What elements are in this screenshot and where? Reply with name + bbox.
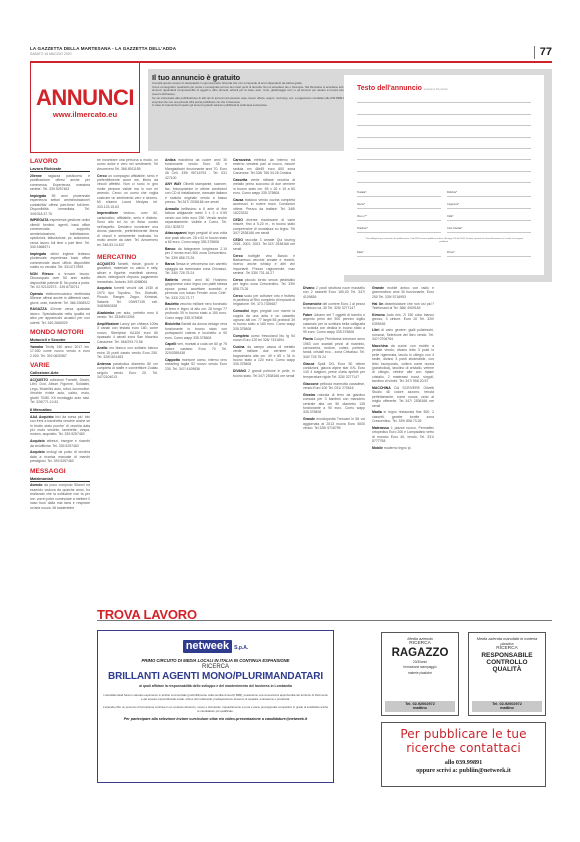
classified-column-5: Divano 2 posti struttura noce massello c… [303,286,365,433]
classified-ad: Giaccone pelliccia marmotta canadese, ve… [303,382,365,391]
ad-text-line[interactable] [357,160,531,171]
responsabile-intro: Media azienda manufatti in materia plast… [469,636,545,646]
ad-text-line[interactable] [357,115,531,126]
ragazzo-job-ad: Media azienda RICERCA RAGAZZO 20/30anni … [381,632,459,716]
classified-ad: Imprenditore vedovo, over 60, carismatic… [97,211,158,247]
classified-ad: Cassetta verde militare vecchia di metal… [233,178,295,196]
classified-ad: Alzabimbo per auto, perfetto euro 6 vend… [97,311,158,320]
classified-ad: DIVANO 2 grandi poltrone in pelle, in bu… [233,369,295,378]
responsabile-headline: RESPONSABILE [469,652,545,659]
classified-ad: Comodini legni pregiati con marmi la cop… [233,309,295,331]
classified-ad: Completo uomo frescoland blu tg 54 nuovo… [233,334,295,343]
publish-phone[interactable]: allo 039.99891 [382,759,545,767]
ad-text-line[interactable] [357,172,531,183]
responsabile-contact[interactable]: Tel. 02-92002972 mattino [472,701,542,712]
classified-ad: MACCHINA DA SCRIVERE Olivetti Studio 46 … [372,386,434,408]
form-title: Testo dell'annuncio(massimo 20 parole) [357,85,531,92]
netweek-spa: S.p.A. [234,645,248,651]
ragazzo-headline: RAGAZZO [382,647,458,660]
field-rubrica[interactable]: Rubrica* [447,191,531,197]
publish-email[interactable]: oppure scrivi a: publiin@netweek.it [382,767,545,775]
netweek-circuit: PRIMO CIRCUITO DI MEDIA LOCALI IN ITALIA… [102,658,329,663]
classified-ad: Acquisto fumetti vecchi dal 1930 al 1970… [97,286,158,308]
classified-ad: Macchina da cucire con mobile a pedale v… [372,344,434,384]
classified-ad: Divano 2 posti struttura noce massello c… [303,286,365,299]
publish-contact: allo 039.99891 oppure scrivi a: publiin@… [382,759,545,775]
publication-title: LA GAZZETTA DELLA MARTESANA - LA GAZZETT… [30,46,552,51]
classified-ad: Yamaha Tricity 150 anno 2017 km. 17.000 … [30,345,90,358]
section-heading-mercatino: MERCATINO [97,254,158,262]
classified-ad: Antica macchina da cucire anni 30 funzio… [165,158,227,180]
classified-ad: Grande mobile antico con radio e grammof… [372,286,434,299]
annunci-title: ANNUNCI [31,87,139,109]
subsection-collezione-arte: Collezione-Arte [30,370,90,376]
annunci-url[interactable]: www.ilmercato.eu [31,110,139,119]
classified-ad: Domeniche del corriere Euro 1 al pezzo i… [303,302,365,311]
section-heading-varie: VARIE [30,362,90,370]
classified-ad: Materasso 1 piazza nuovo, Permaflex orto… [372,426,434,444]
ad-text-line[interactable] [357,149,531,160]
responsabile-headline: QUALITÀ [469,666,545,673]
classified-ad: Madia in legno restaurata fine 500, 2 ca… [372,410,434,423]
field-testata[interactable]: Testata* [357,191,441,197]
field-telefono[interactable]: Telefono* [357,227,441,233]
netweek-headline: BRILLANTI AGENTI MONO/PLURIMANDATARI [102,671,329,682]
classified-ad: Barca Sessa in vetroresina con carrello … [165,262,227,275]
classified-ad: Flavia Coope Pininfarina iniezione anno … [303,337,365,359]
field-cognome[interactable]: Cognome* [447,203,531,209]
field-firma[interactable]: Firma* [447,251,531,257]
classified-ad: Capelli veri, montati a coda cm 60 gr 75… [165,342,227,355]
ragazzo-detail: materie plastiche [382,671,458,677]
classified-ad: Anello oro bianco con solitario bianco e… [97,346,158,359]
privacy-note: * Dati obbligatori per consentire alla p… [361,238,527,243]
classified-column-1: LAVORO Lavoro Richieste 20enne ragazza p… [30,158,90,512]
publish-headline: Per pubblicare le tue ricerche contattac… [382,727,545,755]
classified-ad: Hai Un deambulatore che non usi piu'? Te… [372,302,434,311]
classified-ad: Causa trasloco vendo cucina completa acc… [233,198,295,216]
page-number: 77 [534,46,552,59]
classified-ad: Kimono Judo mis. 2/ 150 color bianco gre… [372,313,434,326]
classified-ad: Libri di vario genere: gialli poliziesch… [372,328,434,341]
classified-ad: Batteria vendo anni 60 Hoshimo giappones… [165,278,227,300]
classified-ad: CEDO diverse mantovane di varie misure, … [233,218,295,236]
ad-text-line[interactable] [357,103,531,114]
classified-column-6: Grande mobile antico con radio e grammof… [372,286,434,453]
classified-ad: Carrozzina elettrica da interno ed ester… [233,158,295,176]
classified-ad: Amplificatore Lancy per chitarra 100w 3 … [97,322,158,344]
coupon-paragraph: In caso di mancanza di spazio gli annunc… [152,104,347,108]
annunci-brand-box: ANNUNCI www.ilmercato.eu [30,63,140,153]
responsabile-qualita-job-ad: Media azienda manufatti in materia plast… [468,632,546,716]
netweek-cta[interactable]: Per partecipare alla selezione inviare c… [102,717,329,722]
classified-ad: ANY WAY Olivetti stampante, scanner, fax… [165,182,227,204]
classified-ad: Cerco bottiglie vino Barolo e Barbaresco… [233,254,295,276]
subsection-il-mercatino: Il Mercatino [30,407,90,413]
signature-fields: Data* Firma* [357,251,531,257]
coupon-info: Il tuo annuncio è gratuito Compila quest… [152,73,347,108]
netweek-offer: L'azienda offre un percorso di formazion… [102,705,329,713]
classified-ad: Cerco un compagno affidabile, serio e pr… [97,174,158,210]
classified-ad: Giacca Spidi 3XL Euro 50 ottime condizio… [303,362,365,380]
classified-column-3: Antica macchina da cucire anni 30 funzio… [165,158,227,374]
classified-ad: Acquisto orologi da polso di vecchia dat… [30,450,90,463]
classified-ad: Mobile moderno legno pi- [372,446,434,450]
field-data[interactable]: Data* [357,251,441,257]
netweek-job-ad: netweekS.p.A. PRIMO CIRCUITO DI MEDIA LO… [97,630,334,783]
field-codice-fiscale[interactable]: Cod. Fiscale* [447,227,531,233]
classified-ad: Acquisto attrezzi, insegne e ricambi da … [30,439,90,448]
ad-text-form: Testo dell'annuncio(massimo 20 parole) T… [344,75,544,275]
form-subtitle: (massimo 20 parole) [424,88,448,91]
classified-ad: AAA Acquisto bici da corsa piu' bici con… [30,415,90,437]
classified-ad: Giostra rotonda di ferro da giardino com… [303,393,365,415]
newspaper-page: LA GAZZETTA DELLA MARTESANA - LA GAZZETT… [0,0,580,842]
classified-ad: Impiegata ottimi inglese tedesco plurien… [30,252,90,270]
classified-ad: Bauletto vecchio militare nero borchiato… [165,302,227,320]
classified-ad: Operaio elettromeccanico elettricista 55… [30,292,90,305]
classified-ad: Cucina da campo cassa di metallo verde m… [233,345,295,367]
netweek-logo: netweek [183,640,232,653]
classified-ad: Impiegata 55 anni pluriennale esperienza… [30,194,90,216]
section-heading-mondo-motori: MONDO MOTORI [30,329,90,337]
subsection-matrimoniali: Matrimoniali [30,476,90,482]
publish-contact-ad: Per pubblicare le tue ricerche contattac… [381,722,546,787]
classified-ad: be incontrare una persona a modo, un uom… [97,158,158,171]
ad-text-line[interactable] [357,92,531,103]
classified-ad: Bicicletta Bartali da donna vintage nera… [165,322,227,340]
classified-ad: Armadio bellissimo a 6 ante di fine fatt… [165,207,227,229]
trova-lavoro-rule [97,620,552,621]
netweek-ricerca: RICERCA [102,664,329,670]
classified-ad: Cerco piccolo tornio senza piedistallo p… [233,278,295,291]
field-nome[interactable]: Nome* [357,203,441,209]
ad-text-line[interactable] [357,138,531,149]
classified-ad: NON Riesco a trovare lavoro. Disoccupato… [30,272,90,290]
ad-text-line[interactable] [357,126,531,137]
classified-ad: Attaccapanni legni pregiati di una volta… [165,231,227,244]
classified-ad: Cappotto montone uomo, interno vero shea… [165,358,227,371]
section-heading-lavoro: LAVORO [30,158,90,166]
netweek-subhead: ai quali affidare la responsabilità dell… [102,684,329,688]
classified-ad: 20enne ragazza pasticcera e panificazion… [30,174,90,192]
classified-column-4: Carrozzina elettrica da interno ed ester… [233,158,295,380]
classified-ad: Antenna parabolica diametro 80 cm comple… [97,362,158,380]
netweek-logo-row: netweekS.p.A. [102,636,329,654]
section-heading-messaggi: MESSAGGI [30,468,90,476]
netweek-requirements: I candidati ideali hanno maturato esperi… [102,693,329,701]
classified-ad: Grande enciclopedia Treccani in 58 vol a… [303,417,365,430]
classified-ad: Cerco socio per coltivare orto e fruttet… [233,294,295,307]
classified-ad: Banco da falegname lunghezza 2.10 per 2 … [165,247,227,260]
field-via[interactable]: Via e n°* [357,215,441,221]
personal-fields: Testata* Rubrica* Nome* Cognome* Via e n… [357,191,531,233]
classified-column-2: be incontrare una persona a modo, un uom… [97,158,158,382]
classified-ad: RAGAZZA 42enne cerca qualsiasi lavoro. S… [30,307,90,325]
field-citta[interactable]: Città* [447,215,531,221]
classified-ad: ACQUISTO fumetti, riviste, giochi e gioc… [97,262,158,284]
issue-date: SABATO 16 MAGGIO 2020 [30,52,552,56]
classified-ad: Avendo da poco compiuto 50anni ed essend… [30,483,90,510]
classified-ad: CEDO raccolta 3 annate Qui touring 2001,… [233,238,295,251]
subsection-motocicli: Motocicli e Scooter [30,337,90,343]
subsection-lavoro-richieste: Lavoro Richieste [30,166,90,172]
classified-ad: IMPIEGATA esperienza gestione ordini cli… [30,218,90,249]
classified-ad: Faber Johann set 7 oggetti di bambù e ar… [303,313,365,335]
ragazzo-contact[interactable]: Tel. 02-92002972 mattino [385,701,455,712]
classified-ad: ACQUISTO collezioni Fumetti, Dischi, Lib… [30,378,90,405]
